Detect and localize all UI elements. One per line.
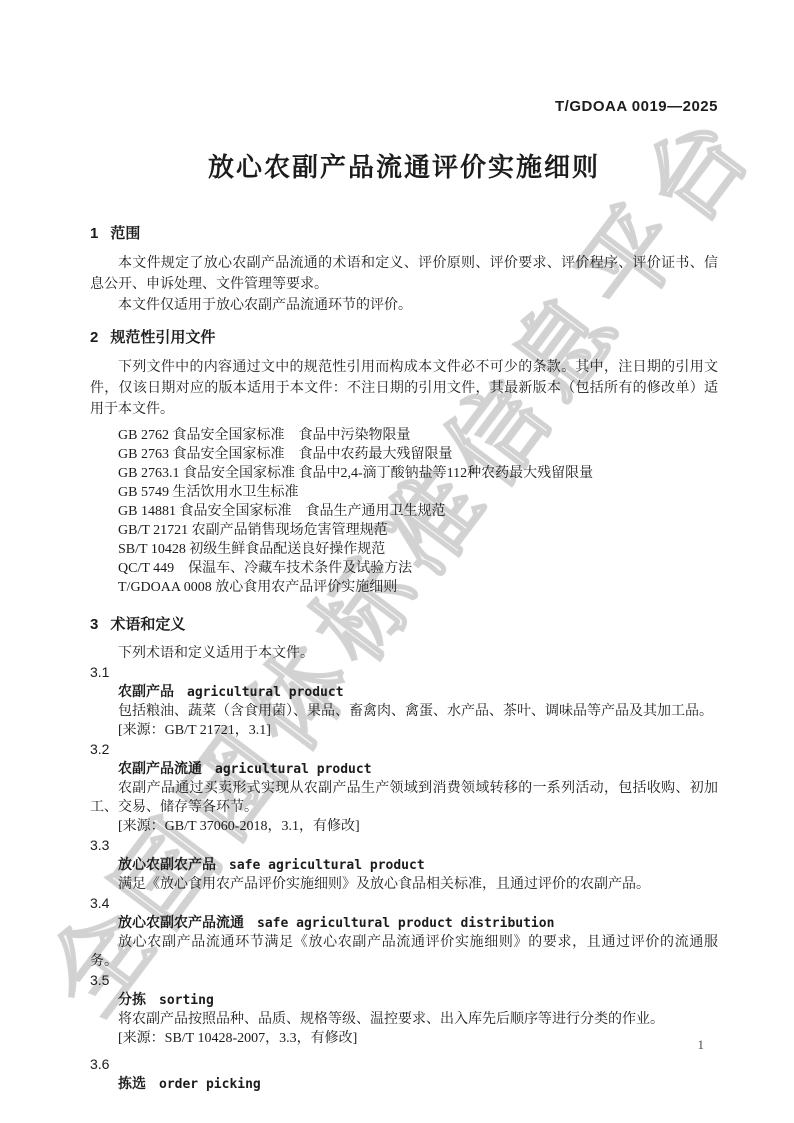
section-2-number: 2 <box>90 329 98 346</box>
term-entry-3-4: 3.4 放心农副农产品流通safe agricultural product d… <box>90 894 718 971</box>
section-1-title: 范围 <box>110 225 140 242</box>
term-number: 3.1 <box>90 663 718 682</box>
term-source: [来源：GB/T 37060-2018，3.1，有修改] <box>90 817 718 836</box>
section-1-heading: 1范围 <box>90 224 718 244</box>
term-name-zh: 放心农副农产品流通 <box>118 914 244 930</box>
term-name-en: safe agricultural product distribution <box>257 916 554 931</box>
term-entry-3-3: 3.3 放心农副农产品safe agricultural product 满足《… <box>90 836 718 894</box>
term-number: 3.3 <box>90 836 718 855</box>
term-name-en: agricultural product <box>215 762 372 777</box>
scope-paragraph-2: 本文件仅适用于放心农副产品流通环节的评价。 <box>90 295 718 316</box>
section-2-title: 规范性引用文件 <box>110 329 215 346</box>
term-definition: 农副产品通过买卖形式实现从农副产品生产领域到消费领域转移的一系列活动，包括收购、… <box>90 779 718 817</box>
section-3-number: 3 <box>90 616 98 633</box>
term-source: [来源：GB/T 21721，3.1] <box>90 721 718 740</box>
reference-item: GB 2762 食品安全国家标准 食品中污染物限量 <box>118 426 718 445</box>
term-entry-3-6: 3.6 拣选order picking <box>90 1055 718 1094</box>
term-entry-3-1: 3.1 农副产品agricultural product 包括粮油、蔬菜（含食用… <box>90 663 718 740</box>
page-number: 1 <box>698 1037 705 1053</box>
reference-item: GB 14881 食品安全国家标准 食品生产通用卫生规范 <box>118 502 718 521</box>
term-name-zh: 分拣 <box>118 991 146 1007</box>
term-number: 3.6 <box>90 1055 718 1074</box>
reference-item: T/GDOAA 0008 放心食用农产品评价实施细则 <box>118 578 718 597</box>
reference-item: GB 2763.1 食品安全国家标准 食品中2,4-滴丁酸钠盐等112种农药最大… <box>118 464 718 483</box>
term-number: 3.2 <box>90 740 718 759</box>
term-definition: 满足《放心食用农产品评价实施细则》及放心食品相关标准，且通过评价的农副产品。 <box>90 875 718 894</box>
term-number: 3.5 <box>90 971 718 990</box>
term-title: 分拣sorting <box>90 990 718 1010</box>
term-name-zh: 农副产品 <box>118 683 174 699</box>
reference-item: GB/T 21721 农副产品销售现场危害管理规范 <box>118 521 718 540</box>
reference-item: GB 2763 食品安全国家标准 食品中农药最大残留限量 <box>118 445 718 464</box>
term-title: 农副产品流通agricultural product <box>90 759 718 779</box>
term-entry-3-2: 3.2 农副产品流通agricultural product 农副产品通过买卖形… <box>90 740 718 836</box>
term-definition: 包括粮油、蔬菜（含食用菌）、果品、畜禽肉、禽蛋、水产品、茶叶、调味品等产品及其加… <box>90 702 718 721</box>
term-title: 拣选order picking <box>90 1074 718 1094</box>
terms-intro: 下列术语和定义适用于本文件。 <box>90 644 718 663</box>
reference-item: GB 5749 生活饮用水卫生标准 <box>118 483 718 502</box>
term-definition: 将农副产品按照品种、品质、规格等级、温控要求、出入库先后顺序等进行分类的作业。 <box>90 1010 718 1029</box>
term-name-zh: 拣选 <box>118 1075 146 1091</box>
document-title: 放心农副产品流通评价实施细则 <box>90 147 718 184</box>
page-content: T/GDOAA 0019—2025 放心农副产品流通评价实施细则 1范围 本文件… <box>90 0 718 1094</box>
normative-references-intro: 下列文件中的内容通过文中的规范性引用而构成本文件必不可少的条款。其中，注日期的引… <box>90 357 718 420</box>
term-name-en: agricultural product <box>187 685 344 700</box>
term-name-zh: 农副产品流通 <box>118 760 202 776</box>
section-3-title: 术语和定义 <box>110 616 185 633</box>
term-name-en: sorting <box>159 993 214 1008</box>
document-page: 全国团体标准信息平台 T/GDOAA 0019—2025 放心农副产品流通评价实… <box>0 0 794 1123</box>
reference-list: GB 2762 食品安全国家标准 食品中污染物限量 GB 2763 食品安全国家… <box>90 426 718 597</box>
term-title: 放心农副农产品流通safe agricultural product distr… <box>90 913 718 933</box>
section-3-heading: 3术语和定义 <box>90 615 718 635</box>
term-title: 农副产品agricultural product <box>90 682 718 702</box>
reference-item: SB/T 10428 初级生鲜食品配送良好操作规范 <box>118 540 718 559</box>
term-entry-3-5: 3.5 分拣sorting 将农副产品按照品种、品质、规格等级、温控要求、出入库… <box>90 971 718 1048</box>
term-number: 3.4 <box>90 894 718 913</box>
term-name-zh: 放心农副农产品 <box>118 856 216 872</box>
term-source: [来源：SB/T 10428-2007，3.3，有修改] <box>90 1029 718 1048</box>
reference-item: QC/T 449 保温车、冷藏车技术条件及试验方法 <box>118 559 718 578</box>
term-title: 放心农副农产品safe agricultural product <box>90 855 718 875</box>
terms-list: 3.1 农副产品agricultural product 包括粮油、蔬菜（含食用… <box>90 663 718 1094</box>
term-name-en: safe agricultural product <box>229 858 425 873</box>
scope-paragraph-1: 本文件规定了放心农副产品流通的术语和定义、评价原则、评价要求、评价程序、评价证书… <box>90 253 718 295</box>
section-2-heading: 2规范性引用文件 <box>90 328 718 348</box>
term-name-en: order picking <box>159 1077 261 1092</box>
standard-number: T/GDOAA 0019—2025 <box>90 98 718 115</box>
term-definition: 放心农副产品流通环节满足《放心农副产品流通评价实施细则》的要求，且通过评价的流通… <box>90 933 718 971</box>
section-1-number: 1 <box>90 225 98 242</box>
